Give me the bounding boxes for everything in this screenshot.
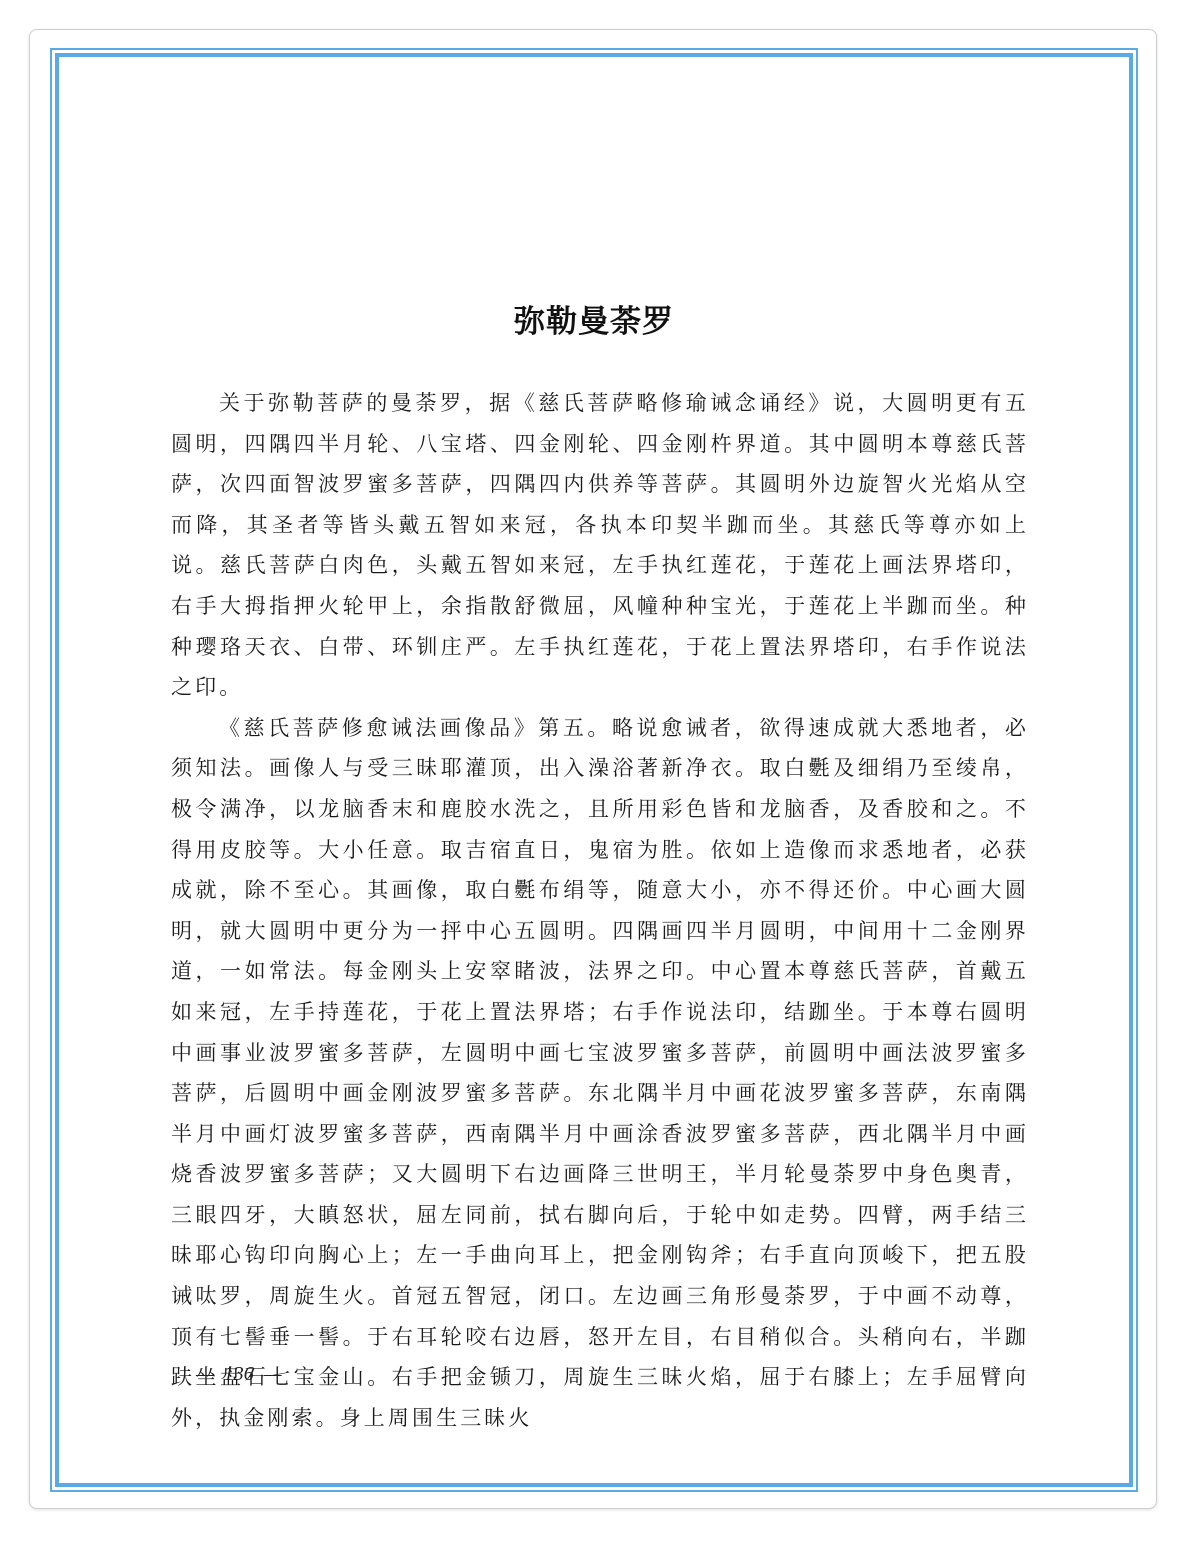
page-number: — 136 — [196, 1363, 282, 1386]
page-title: 弥勒曼荼罗 [0, 296, 1188, 341]
body-text: 关于弥勒菩萨的曼荼罗，据《慈氏菩萨略修瑜诫念诵经》说，大圆明更有五圆明，四隅四半… [171, 383, 1029, 1438]
paragraph-2: 《慈氏菩萨修愈诫法画像品》第五。略说愈诫者，欲得速成就大悉地者，必须知法。画像人… [171, 708, 1029, 1439]
paragraph-1: 关于弥勒菩萨的曼荼罗，据《慈氏菩萨略修瑜诫念诵经》说，大圆明更有五圆明，四隅四半… [171, 383, 1029, 708]
